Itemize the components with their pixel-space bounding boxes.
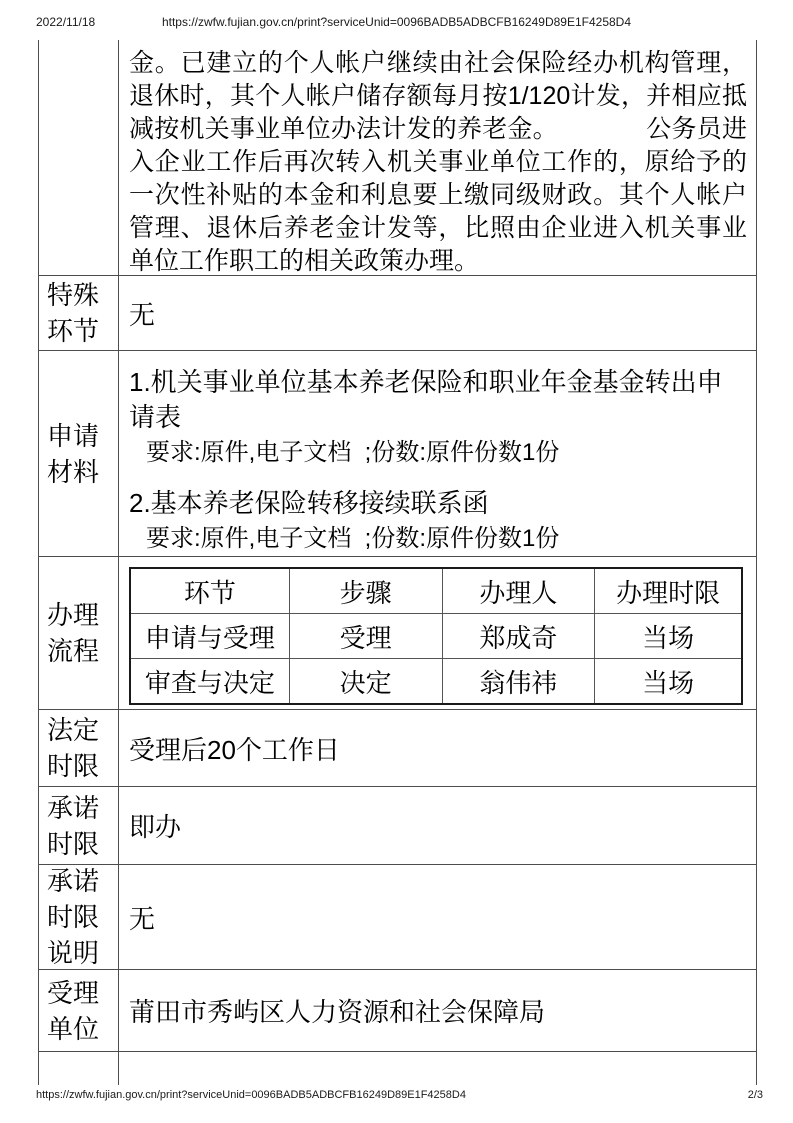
process-header-handler: 办理人 bbox=[442, 568, 595, 614]
print-page: 2022/11/18 https://zwfw.fujian.gov.cn/pr… bbox=[0, 0, 793, 1123]
material-item: 1.机关事业单位基本养老保险和职业年金基金转出申请表 要求:原件,电子文档 ;份… bbox=[129, 365, 748, 468]
continuation-paragraph: 金。已建立的个人帐户继续由社会保险经办机构管理，退休时，其个人帐户储存额每月按1… bbox=[119, 40, 756, 275]
row-legal-limit: 法定时限 受理后20个工作日 bbox=[39, 709, 756, 786]
process-header-time: 办理时限 bbox=[595, 568, 742, 614]
row-continuation: 金。已建立的个人帐户继续由社会保险经办机构管理，退休时，其个人帐户储存额每月按1… bbox=[39, 40, 756, 275]
process-row: 审查与决定 决定 翁伟祎 当场 bbox=[130, 659, 742, 705]
process-cell-handler: 郑成奇 bbox=[442, 614, 595, 659]
process-header-row: 环节 步骤 办理人 办理时限 bbox=[130, 568, 742, 614]
row-special-step: 特殊环节 无 bbox=[39, 275, 756, 350]
process-cell-handler: 翁伟祎 bbox=[442, 659, 595, 705]
row-promise-limit: 承诺时限 即办 bbox=[39, 786, 756, 864]
row-label-empty bbox=[39, 1052, 119, 1085]
row-materials: 申请材料 1.机关事业单位基本养老保险和职业年金基金转出申请表 要求:原件,电子… bbox=[39, 350, 756, 556]
row-label-special-step: 特殊环节 bbox=[39, 276, 119, 350]
row-page-break-cut bbox=[39, 1051, 756, 1085]
process-cell-action: 决定 bbox=[289, 659, 442, 705]
process-row: 申请与受理 受理 郑成奇 当场 bbox=[130, 614, 742, 659]
process-header-action: 步骤 bbox=[289, 568, 442, 614]
material-item: 2.基本养老保险转移接续联系函 要求:原件,电子文档 ;份数:原件份数1份 bbox=[129, 486, 748, 554]
process-cell-step: 申请与受理 bbox=[130, 614, 289, 659]
row-label-materials: 申请材料 bbox=[39, 351, 119, 556]
header-url: https://zwfw.fujian.gov.cn/print?service… bbox=[120, 15, 673, 29]
materials-list: 1.机关事业单位基本养老保险和职业年金基金转出申请表 要求:原件,电子文档 ;份… bbox=[119, 351, 756, 556]
material-requirement: 要求:原件,电子文档 ;份数:原件份数1份 bbox=[129, 438, 748, 468]
special-step-value: 无 bbox=[119, 276, 756, 350]
footer-url: https://zwfw.fujian.gov.cn/print?service… bbox=[36, 1089, 466, 1101]
row-process: 办理流程 环节 步骤 办理人 办理时限 申请与受理 受理 郑成奇 当场 bbox=[39, 556, 756, 709]
service-info-table: 金。已建立的个人帐户继续由社会保险经办机构管理，退休时，其个人帐户储存额每月按1… bbox=[38, 40, 757, 1085]
row-label-legal-limit: 法定时限 bbox=[39, 710, 119, 786]
header-date: 2022/11/18 bbox=[36, 15, 95, 29]
process-cell-time: 当场 bbox=[595, 614, 742, 659]
legal-limit-value: 受理后20个工作日 bbox=[119, 710, 756, 786]
row-promise-note: 承诺时限说明 无 bbox=[39, 864, 756, 969]
promise-note-value: 无 bbox=[119, 865, 756, 969]
process-cell-time: 当场 bbox=[595, 659, 742, 705]
row-label-promise-note: 承诺时限说明 bbox=[39, 865, 119, 969]
accept-unit-value: 莆田市秀屿区人力资源和社会保障局 bbox=[119, 970, 756, 1051]
process-cell-action: 受理 bbox=[289, 614, 442, 659]
footer-page-number: 2/3 bbox=[748, 1089, 763, 1101]
material-requirement: 要求:原件,电子文档 ;份数:原件份数1份 bbox=[129, 524, 748, 554]
empty-cell bbox=[119, 1052, 756, 1085]
process-table: 环节 步骤 办理人 办理时限 申请与受理 受理 郑成奇 当场 审查与决定 决定 bbox=[129, 567, 743, 705]
row-label-accept-unit: 受理单位 bbox=[39, 970, 119, 1051]
material-name: 1.机关事业单位基本养老保险和职业年金基金转出申请表 bbox=[129, 365, 748, 435]
material-name: 2.基本养老保险转移接续联系函 bbox=[129, 486, 748, 521]
process-cell: 环节 步骤 办理人 办理时限 申请与受理 受理 郑成奇 当场 审查与决定 决定 bbox=[119, 557, 756, 709]
row-label-promise-limit: 承诺时限 bbox=[39, 787, 119, 864]
row-label-empty bbox=[39, 40, 119, 275]
process-header-step: 环节 bbox=[130, 568, 289, 614]
process-cell-step: 审查与决定 bbox=[130, 659, 289, 705]
row-label-process: 办理流程 bbox=[39, 557, 119, 709]
row-accept-unit: 受理单位 莆田市秀屿区人力资源和社会保障局 bbox=[39, 969, 756, 1051]
promise-limit-value: 即办 bbox=[119, 787, 756, 864]
